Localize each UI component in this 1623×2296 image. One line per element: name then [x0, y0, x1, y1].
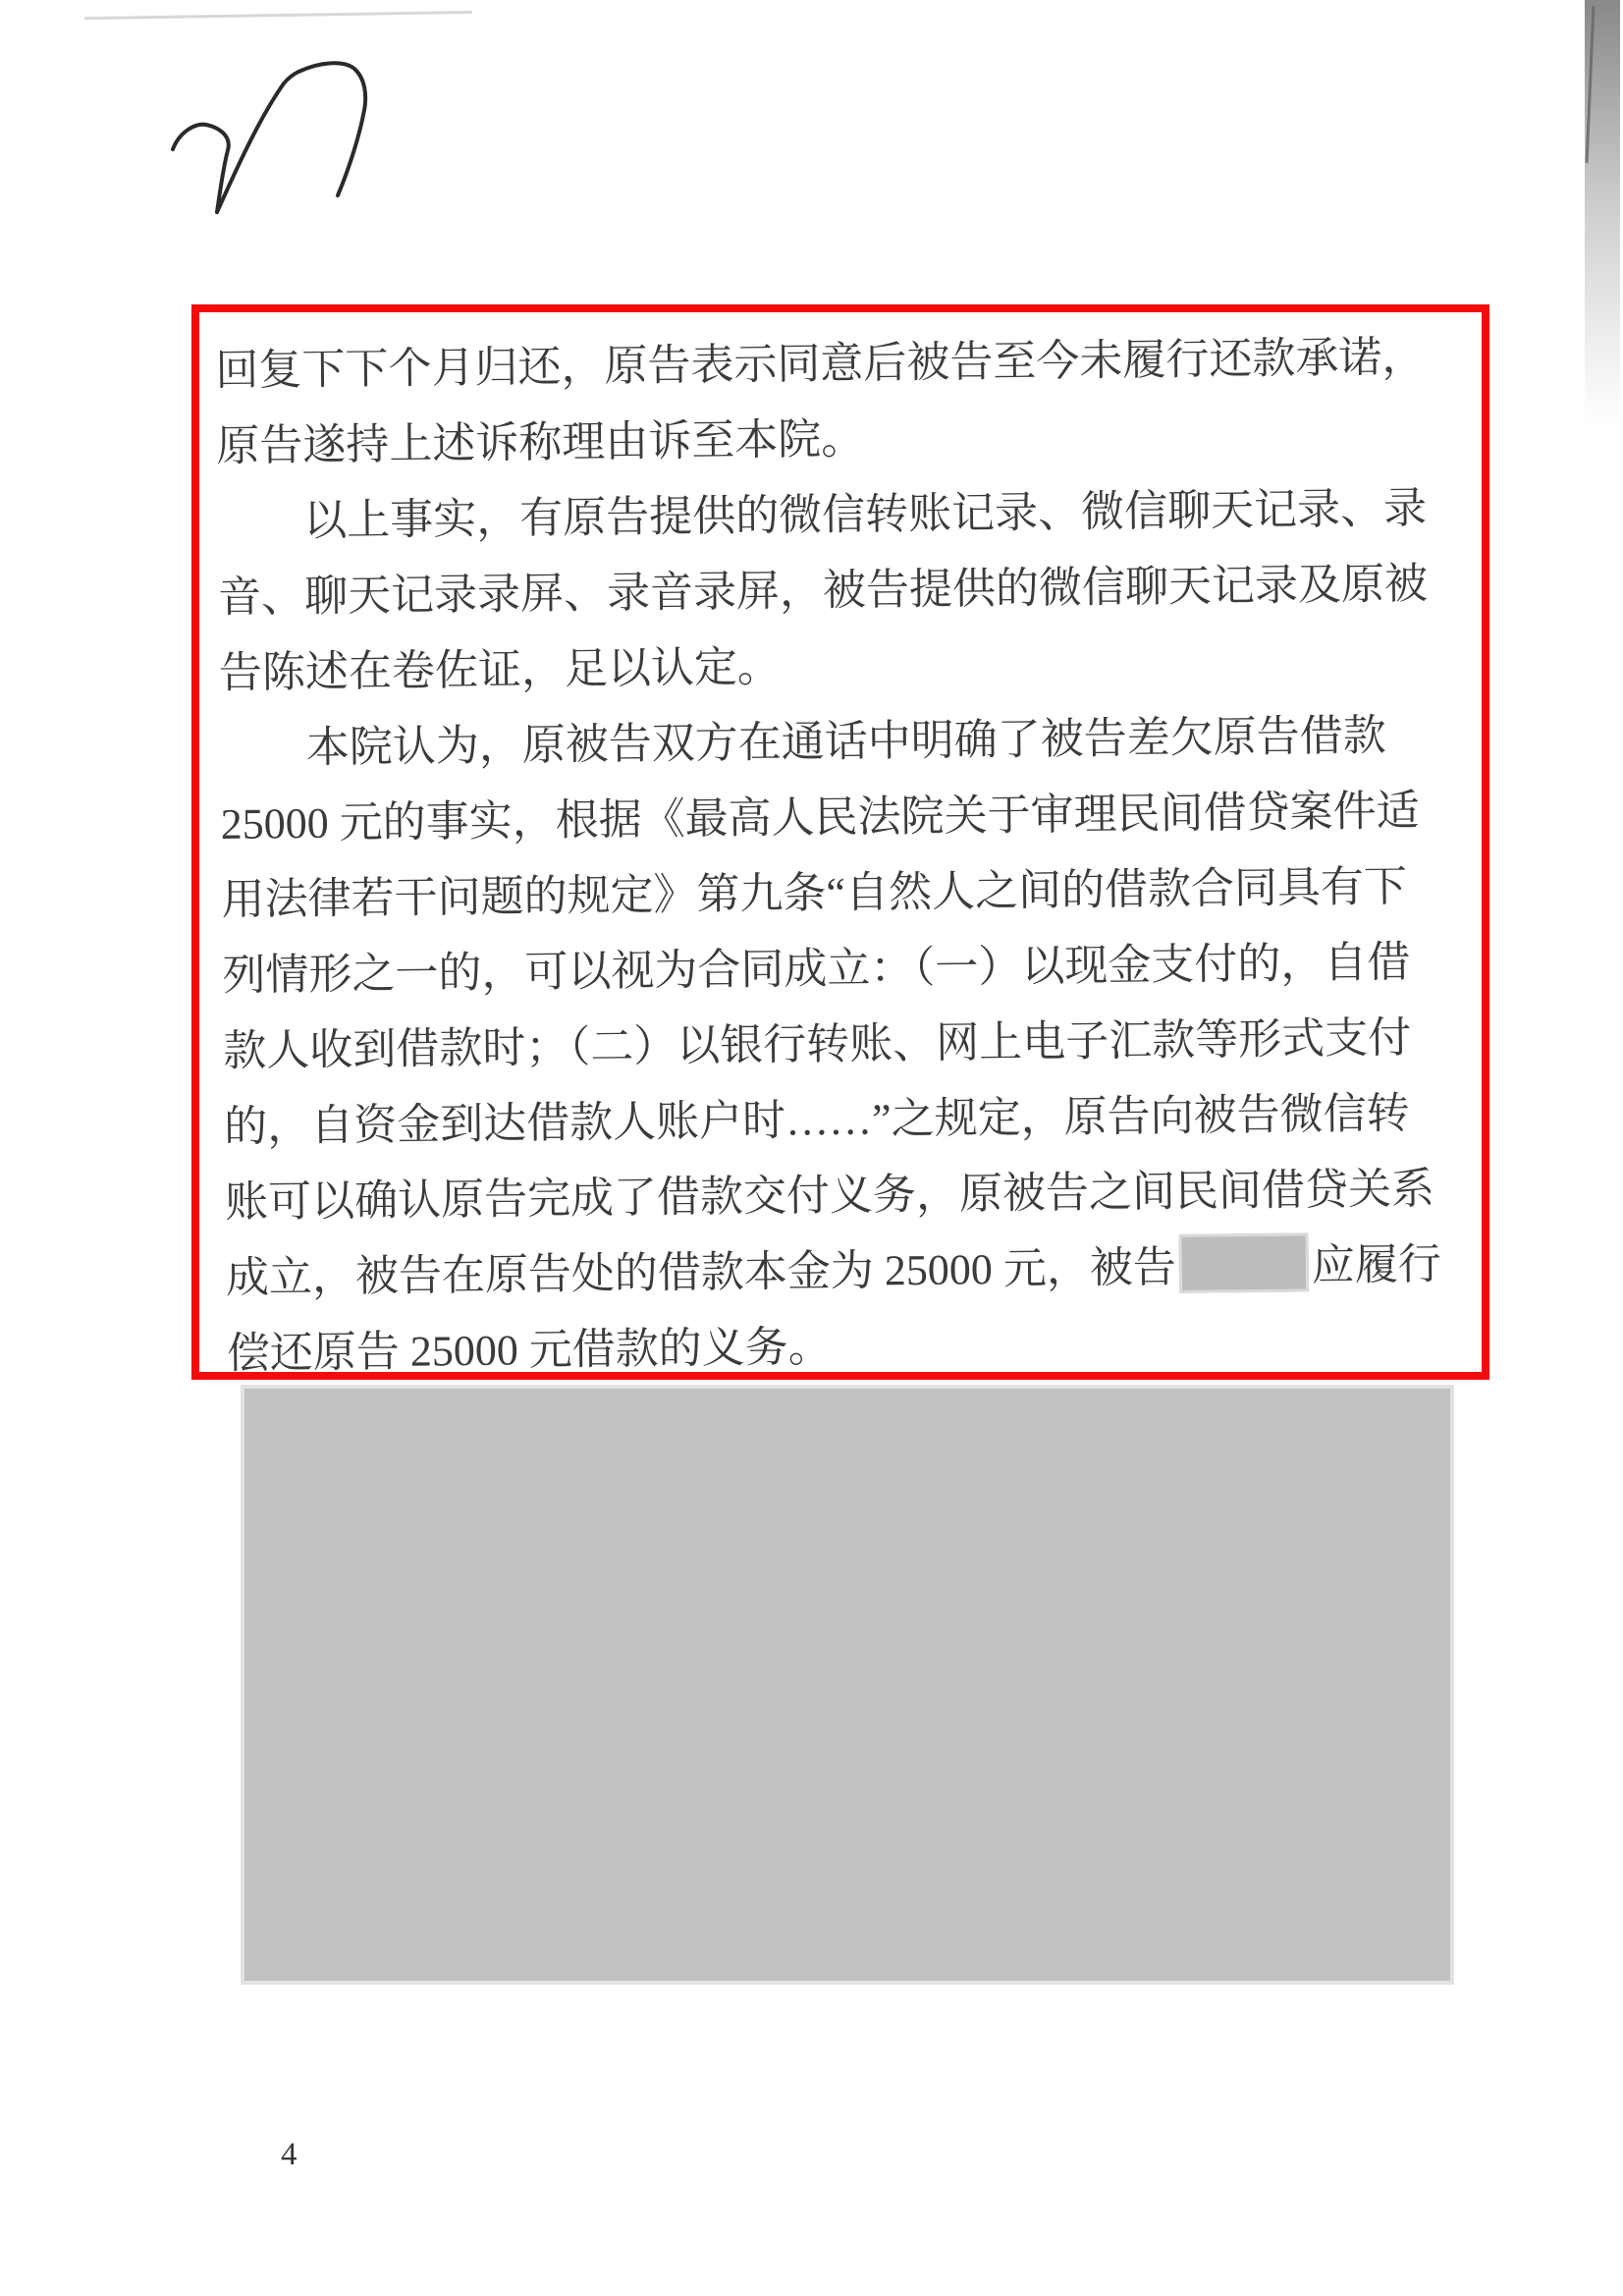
text-before-redaction: 成立，被告在原告处的借款本金为 25000 元，被告: [226, 1243, 1176, 1302]
text-after-redaction: 应履行: [1312, 1240, 1442, 1289]
text-line: 款人收到借款时；（二）以银行转账、网上电子汇款等形式支付: [223, 1000, 1471, 1089]
judgment-text: 回复下下个月归还，原告表示同意后被告至今未履行还款承诺， 原告遂持上述诉称理由诉…: [215, 319, 1474, 1392]
text-line: 偿还原告 25000 元借款的义务。: [226, 1302, 1474, 1392]
text-line-with-redaction: 成立，被告在原告处的借款本金为 25000 元，被告应履行: [225, 1227, 1473, 1316]
text-line: 的，自资金到达借款人账户时……”之规定，原告向被告微信转: [224, 1075, 1472, 1165]
text-line: 回复下下个月归还，原告表示同意后被告至今未履行还款承诺，: [215, 319, 1463, 409]
text-line: 原告遂持上述诉称理由诉至本院。: [216, 395, 1464, 484]
text-line: 本院认为，原被告双方在通话中明确了被告差欠原告借款: [219, 697, 1467, 787]
text-line: 列情形之一的，可以视为合同成立：（一）以现金支付的，自借: [222, 924, 1470, 1013]
text-line: 音、聊天记录录屏、录音录屏，被告提供的微信聊天记录及原被: [218, 546, 1466, 635]
text-line: 25000 元的事实，根据《最高人民法院关于审理民间借贷案件适: [220, 773, 1468, 862]
text-line: 账可以确认原告完成了借款交付义务，原被告之间民间借贷关系: [225, 1151, 1473, 1240]
redaction-block: [241, 1385, 1454, 1985]
text-line: 告陈述在卷佐证，足以认定。: [218, 622, 1466, 711]
document-page: 回复下下个月归还，原告表示同意后被告至今未履行还款承诺， 原告遂持上述诉称理由诉…: [0, 0, 1623, 2296]
page-number: 4: [281, 2137, 298, 2173]
inline-redaction-box: [1178, 1232, 1309, 1292]
text-line: 用法律若干问题的规定》第九条“自然人之间的借款合同具有下: [221, 848, 1469, 938]
text-line: 以上事实，有原告提供的微信转账记录、微信聊天记录、录: [217, 470, 1465, 560]
